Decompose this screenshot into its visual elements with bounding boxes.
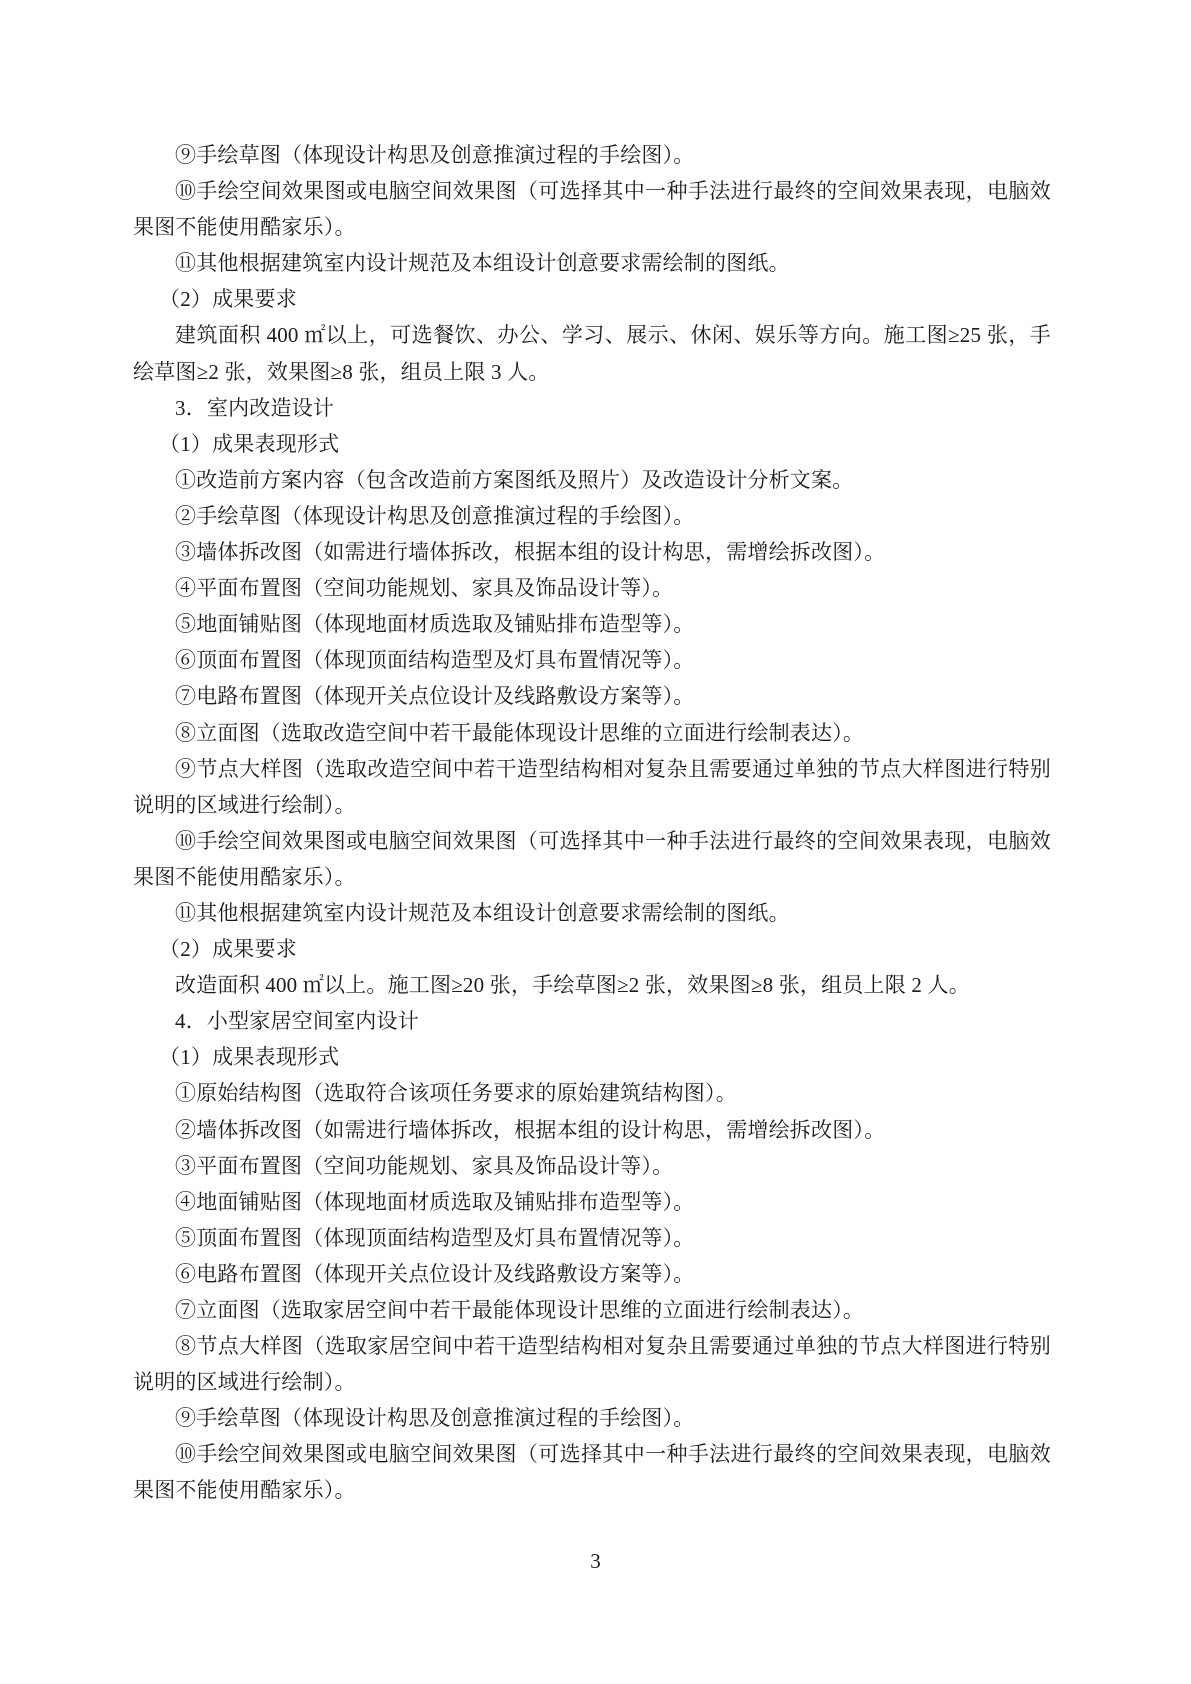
paragraph: ⑩手绘空间效果图或电脑空间效果图（可选择其中一种手法进行最终的空间效果表现，电脑… [133, 173, 1051, 245]
paragraph: ②手绘草图（体现设计构思及创意推演过程的手绘图）。 [133, 498, 1051, 534]
paragraph: ⑤地面铺贴图（体现地面材质选取及铺贴排布造型等）。 [133, 606, 1051, 642]
paragraph: ⑨手绘草图（体现设计构思及创意推演过程的手绘图）。 [133, 137, 1051, 173]
paragraph: ⑧立面图（选取改造空间中若干最能体现设计思维的立面进行绘制表达）。 [133, 715, 1051, 751]
paragraph: ⑥电路布置图（体现开关点位设计及线路敷设方案等）。 [133, 1256, 1051, 1292]
paragraph: ④平面布置图（空间功能规划、家具及饰品设计等）。 [133, 570, 1051, 606]
paragraph: ⑧节点大样图（选取家居空间中若干造型结构相对复杂且需要通过单独的节点大样图进行特… [133, 1328, 1051, 1400]
document-body: ⑨手绘草图（体现设计构思及创意推演过程的手绘图）。⑩手绘空间效果图或电脑空间效果… [133, 137, 1051, 1509]
paragraph: ⑤顶面布置图（体现顶面结构造型及灯具布置情况等）。 [133, 1220, 1051, 1256]
paragraph: ⑩手绘空间效果图或电脑空间效果图（可选择其中一种手法进行最终的空间效果表现，电脑… [133, 823, 1051, 895]
paragraph: （2）成果要求 [133, 281, 1051, 317]
paragraph: ⑦立面图（选取家居空间中若干最能体现设计思维的立面进行绘制表达）。 [133, 1292, 1051, 1328]
paragraph: ③墙体拆改图（如需进行墙体拆改，根据本组的设计构思，需增绘拆改图）。 [133, 534, 1051, 570]
paragraph: ⑦电路布置图（体现开关点位设计及线路敷设方案等）。 [133, 678, 1051, 714]
paragraph: 建筑面积 400 ㎡以上，可选餐饮、办公、学习、展示、休闲、娱乐等方向。施工图≥… [133, 317, 1051, 389]
paragraph: ⑨节点大样图（选取改造空间中若干造型结构相对复杂且需要通过单独的节点大样图进行特… [133, 751, 1051, 823]
paragraph: ⑪其他根据建筑室内设计规范及本组设计创意要求需绘制的图纸。 [133, 245, 1051, 281]
paragraph: 3．室内改造设计 [133, 390, 1051, 426]
paragraph: （1）成果表现形式 [133, 426, 1051, 462]
paragraph: ②墙体拆改图（如需进行墙体拆改，根据本组的设计构思，需增绘拆改图）。 [133, 1112, 1051, 1148]
document-page: ⑨手绘草图（体现设计构思及创意推演过程的手绘图）。⑩手绘空间效果图或电脑空间效果… [0, 0, 1191, 1684]
paragraph: ⑨手绘草图（体现设计构思及创意推演过程的手绘图）。 [133, 1400, 1051, 1436]
paragraph: 改造面积 400 ㎡以上。施工图≥20 张，手绘草图≥2 张，效果图≥8 张，组… [133, 967, 1051, 1003]
paragraph: （2）成果要求 [133, 931, 1051, 967]
paragraph: ①改造前方案内容（包含改造前方案图纸及照片）及改造设计分析文案。 [133, 462, 1051, 498]
paragraph: ⑩手绘空间效果图或电脑空间效果图（可选择其中一种手法进行最终的空间效果表现，电脑… [133, 1436, 1051, 1508]
paragraph: 4．小型家居空间室内设计 [133, 1003, 1051, 1039]
paragraph: ③平面布置图（空间功能规划、家具及饰品设计等）。 [133, 1148, 1051, 1184]
paragraph: ⑥顶面布置图（体现顶面结构造型及灯具布置情况等）。 [133, 642, 1051, 678]
paragraph: ④地面铺贴图（体现地面材质选取及铺贴排布造型等）。 [133, 1184, 1051, 1220]
paragraph: （1）成果表现形式 [133, 1039, 1051, 1075]
paragraph: ⑪其他根据建筑室内设计规范及本组设计创意要求需绘制的图纸。 [133, 895, 1051, 931]
paragraph: ①原始结构图（选取符合该项任务要求的原始建筑结构图）。 [133, 1075, 1051, 1111]
page-number: 3 [0, 1546, 1191, 1576]
